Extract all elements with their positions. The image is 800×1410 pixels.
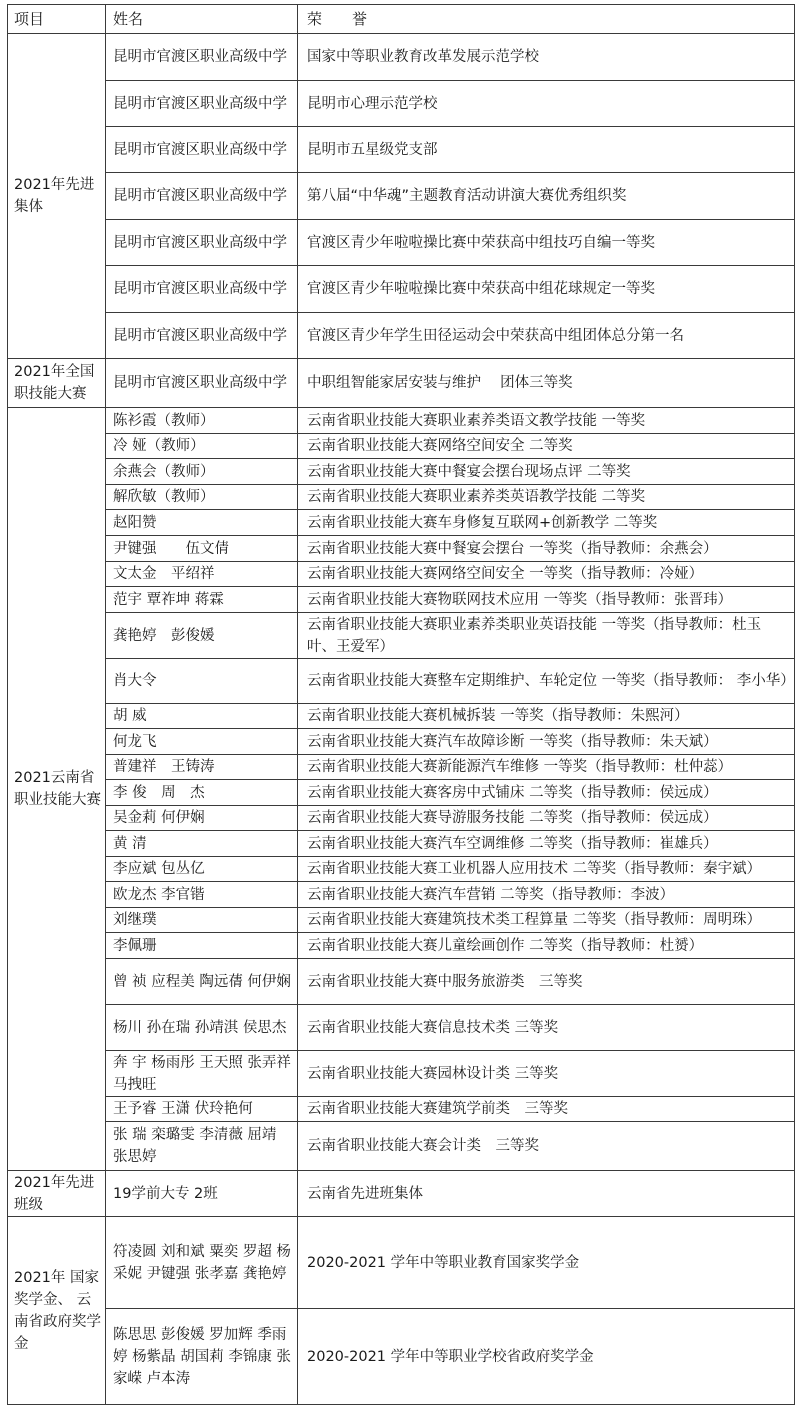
header-honor: 荣 誉 <box>298 5 795 34</box>
name-cell: 陈思思 彭俊媛 罗加辉 季雨婷 杨紫晶 胡国莉 李锦康 张家嵘 卢本涛 <box>106 1309 298 1405</box>
honor-cell: 云南省职业技能大赛机械拆装 一等奖（指导教师：朱熙河） <box>298 704 795 729</box>
name-cell: 昆明市官渡区职业高级中学 <box>106 81 298 127</box>
name-cell: 李佩珊 <box>106 933 298 959</box>
name-cell: 王予睿 王潇 伏玲艳何 <box>106 1097 298 1122</box>
name-cell: 昆明市官渡区职业高级中学 <box>106 173 298 220</box>
honor-cell: 云南省职业技能大赛汽车空调维修 二等奖（指导教师：崔雄兵） <box>298 831 795 857</box>
table-row: 李佩珊云南省职业技能大赛儿童绘画创作 二等奖（指导教师：杜赟） <box>8 933 795 959</box>
name-cell: 陈衫霞（教师） <box>106 408 298 434</box>
table-row: 刘继璞云南省职业技能大赛建筑技术类工程算量 二等奖（指导教师：周明珠） <box>8 908 795 933</box>
table-row: 普建祥 王铸涛云南省职业技能大赛新能源汽车维修 一等奖（指导教师：杜仲蕊） <box>8 755 795 780</box>
name-cell: 昆明市官渡区职业高级中学 <box>106 220 298 266</box>
honor-cell: 云南省职业技能大赛职业素养类语文教学技能 一等奖 <box>298 408 795 434</box>
honor-cell: 云南省职业技能大赛信息技术类 三等奖 <box>298 1005 795 1051</box>
name-cell: 解欣敏（教师） <box>106 485 298 510</box>
table-row: 杨川 孙在瑞 孙靖淇 侯思杰云南省职业技能大赛信息技术类 三等奖 <box>8 1005 795 1051</box>
name-cell: 符凌圆 刘和斌 粟奕 罗超 杨采妮 尹键强 张孝嘉 龚艳婷 <box>106 1217 298 1309</box>
honor-cell: 2020-2021 学年中等职业学校省政府奖学金 <box>298 1309 795 1405</box>
name-cell: 普建祥 王铸涛 <box>106 755 298 780</box>
honor-cell: 云南省职业技能大赛车身修复互联网+创新教学 二等奖 <box>298 510 795 536</box>
table-row: 冷 娅（教师）云南省职业技能大赛网络空间安全 二等奖 <box>8 434 795 459</box>
table-row: 2021年 国家奖学金、 云南省政府奖学金符凌圆 刘和斌 粟奕 罗超 杨采妮 尹… <box>8 1217 795 1309</box>
table-row: 吴金莉 何伊娴云南省职业技能大赛导游服务技能 二等奖（指导教师：侯远成） <box>8 806 795 831</box>
name-cell: 胡 威 <box>106 704 298 729</box>
name-cell: 文太金 平绍祥 <box>106 562 298 587</box>
table-row: 文太金 平绍祥云南省职业技能大赛网络空间安全 一等奖（指导教师：冷娅） <box>8 562 795 587</box>
table-row: 王予睿 王潇 伏玲艳何云南省职业技能大赛建筑学前类 三等奖 <box>8 1097 795 1122</box>
table-row: 昆明市官渡区职业高级中学官渡区青少年啦啦操比赛中荣获高中组花球规定一等奖 <box>8 266 795 313</box>
honor-cell: 云南省职业技能大赛导游服务技能 二等奖（指导教师：侯远成） <box>298 806 795 831</box>
table-row: 胡 威云南省职业技能大赛机械拆装 一等奖（指导教师：朱熙河） <box>8 704 795 729</box>
name-cell: 19学前大专 2班 <box>106 1171 298 1217</box>
honor-cell: 云南省职业技能大赛客房中式铺床 二等奖（指导教师：侯远成） <box>298 780 795 806</box>
name-cell: 冷 娅（教师） <box>106 434 298 459</box>
name-cell: 赵阳赞 <box>106 510 298 536</box>
honor-cell: 云南省职业技能大赛建筑学前类 三等奖 <box>298 1097 795 1122</box>
honor-cell: 云南省职业技能大赛网络空间安全 二等奖 <box>298 434 795 459</box>
table-row: 赵阳赞云南省职业技能大赛车身修复互联网+创新教学 二等奖 <box>8 510 795 536</box>
category-cell: 2021年 国家奖学金、 云南省政府奖学金 <box>8 1217 106 1405</box>
table-row: 黄 清云南省职业技能大赛汽车空调维修 二等奖（指导教师：崔雄兵） <box>8 831 795 857</box>
honor-cell: 云南省职业技能大赛汽车营销 二等奖（指导教师：李波） <box>298 882 795 908</box>
header-name: 姓名 <box>106 5 298 34</box>
category-cell: 2021年全国职技能大赛 <box>8 359 106 408</box>
table-row: 2021云南省职业技能大赛陈衫霞（教师）云南省职业技能大赛职业素养类语文教学技能… <box>8 408 795 434</box>
honor-cell: 昆明市五星级党支部 <box>298 127 795 173</box>
honor-cell: 第八届“中华魂”主题教育活动讲演大赛优秀组织奖 <box>298 173 795 220</box>
honor-cell: 云南省先进班集体 <box>298 1171 795 1217</box>
name-cell: 何龙飞 <box>106 729 298 755</box>
name-cell: 昆明市官渡区职业高级中学 <box>106 34 298 81</box>
name-cell: 奔 宇 杨雨彤 王天照 张弄祥马拽旺 <box>106 1051 298 1097</box>
category-cell: 2021云南省职业技能大赛 <box>8 408 106 1171</box>
table-row: 2021年全国职技能大赛昆明市官渡区职业高级中学中职组智能家居安装与维护 团体三… <box>8 359 795 408</box>
table-row: 解欣敏（教师）云南省职业技能大赛职业素养类英语教学技能 二等奖 <box>8 485 795 510</box>
table-row: 昆明市官渡区职业高级中学昆明市心理示范学校 <box>8 81 795 127</box>
honors-table-body: 项目 姓名 荣 誉 2021年先进集体昆明市官渡区职业高级中学国家中等职业教育改… <box>8 5 795 1405</box>
name-cell: 昆明市官渡区职业高级中学 <box>106 313 298 359</box>
table-row: 张 瑞 栾璐雯 李清薇 屈靖 张思婷云南省职业技能大赛会计类 三等奖 <box>8 1122 795 1171</box>
honor-cell: 云南省职业技能大赛工业机器人应用技术 二等奖（指导教师：秦宇斌） <box>298 857 795 882</box>
name-cell: 李 俊 周 杰 <box>106 780 298 806</box>
honor-cell: 国家中等职业教育改革发展示范学校 <box>298 34 795 81</box>
name-cell: 欧龙杰 李官锴 <box>106 882 298 908</box>
honor-cell: 云南省职业技能大赛中餐宴会摆台现场点评 二等奖 <box>298 459 795 485</box>
name-cell: 黄 清 <box>106 831 298 857</box>
honor-cell: 云南省职业技能大赛建筑技术类工程算量 二等奖（指导教师：周明珠） <box>298 908 795 933</box>
name-cell: 肖大令 <box>106 659 298 704</box>
table-row: 范宇 覃祚坤 蒋霖云南省职业技能大赛物联网技术应用 一等奖（指导教师：张晋玮） <box>8 587 795 613</box>
table-row: 欧龙杰 李官锴云南省职业技能大赛汽车营销 二等奖（指导教师：李波） <box>8 882 795 908</box>
honor-cell: 中职组智能家居安装与维护 团体三等奖 <box>298 359 795 408</box>
header-category: 项目 <box>8 5 106 34</box>
table-row: 余燕会（教师）云南省职业技能大赛中餐宴会摆台现场点评 二等奖 <box>8 459 795 485</box>
name-cell: 刘继璞 <box>106 908 298 933</box>
category-cell: 2021年先进集体 <box>8 34 106 359</box>
honor-cell: 云南省职业技能大赛新能源汽车维修 一等奖（指导教师：杜仲蕊） <box>298 755 795 780</box>
name-cell: 曾 祯 应程美 陶远蒨 何伊娴 <box>106 959 298 1005</box>
table-row: 曾 祯 应程美 陶远蒨 何伊娴云南省职业技能大赛中服务旅游类 三等奖 <box>8 959 795 1005</box>
table-row: 何龙飞云南省职业技能大赛汽车故障诊断 一等奖（指导教师：朱天斌） <box>8 729 795 755</box>
honor-cell: 官渡区青少年学生田径运动会中荣获高中组团体总分第一名 <box>298 313 795 359</box>
name-cell: 杨川 孙在瑞 孙靖淇 侯思杰 <box>106 1005 298 1051</box>
name-cell: 昆明市官渡区职业高级中学 <box>106 266 298 313</box>
honor-cell: 云南省职业技能大赛中服务旅游类 三等奖 <box>298 959 795 1005</box>
table-row: 昆明市官渡区职业高级中学官渡区青少年学生田径运动会中荣获高中组团体总分第一名 <box>8 313 795 359</box>
name-cell: 龚艳婷 彭俊媛 <box>106 613 298 659</box>
honor-cell: 2020-2021 学年中等职业教育国家奖学金 <box>298 1217 795 1309</box>
table-row: 肖大令云南省职业技能大赛整车定期维护、车轮定位 一等奖（指导教师： 李小华） <box>8 659 795 704</box>
honor-cell: 云南省职业技能大赛物联网技术应用 一等奖（指导教师：张晋玮） <box>298 587 795 613</box>
category-cell: 2021年先进班级 <box>8 1171 106 1217</box>
table-row: 昆明市官渡区职业高级中学第八届“中华魂”主题教育活动讲演大赛优秀组织奖 <box>8 173 795 220</box>
table-row: 昆明市官渡区职业高级中学官渡区青少年啦啦操比赛中荣获高中组技巧自编一等奖 <box>8 220 795 266</box>
honor-cell: 云南省职业技能大赛整车定期维护、车轮定位 一等奖（指导教师： 李小华） <box>298 659 795 704</box>
name-cell: 李应斌 包丛亿 <box>106 857 298 882</box>
table-row: 奔 宇 杨雨彤 王天照 张弄祥马拽旺云南省职业技能大赛园林设计类 三等奖 <box>8 1051 795 1097</box>
table-row: 2021年先进班级19学前大专 2班云南省先进班集体 <box>8 1171 795 1217</box>
honor-cell: 云南省职业技能大赛职业素养类职业英语技能 一等奖（指导教师：杜玉叶、王爱军） <box>298 613 795 659</box>
table-row: 2021年先进集体昆明市官渡区职业高级中学国家中等职业教育改革发展示范学校 <box>8 34 795 81</box>
table-row: 昆明市官渡区职业高级中学昆明市五星级党支部 <box>8 127 795 173</box>
header-row: 项目 姓名 荣 誉 <box>8 5 795 34</box>
honor-cell: 云南省职业技能大赛儿童绘画创作 二等奖（指导教师：杜赟） <box>298 933 795 959</box>
honor-cell: 云南省职业技能大赛汽车故障诊断 一等奖（指导教师：朱天斌） <box>298 729 795 755</box>
honor-cell: 云南省职业技能大赛中餐宴会摆台 一等奖（指导教师：余燕会） <box>298 536 795 562</box>
name-cell: 尹键强 伍文倩 <box>106 536 298 562</box>
name-cell: 昆明市官渡区职业高级中学 <box>106 127 298 173</box>
table-row: 尹键强 伍文倩云南省职业技能大赛中餐宴会摆台 一等奖（指导教师：余燕会） <box>8 536 795 562</box>
table-row: 龚艳婷 彭俊媛云南省职业技能大赛职业素养类职业英语技能 一等奖（指导教师：杜玉叶… <box>8 613 795 659</box>
honor-cell: 云南省职业技能大赛园林设计类 三等奖 <box>298 1051 795 1097</box>
table-row: 陈思思 彭俊媛 罗加辉 季雨婷 杨紫晶 胡国莉 李锦康 张家嵘 卢本涛2020-… <box>8 1309 795 1405</box>
table-row: 李 俊 周 杰云南省职业技能大赛客房中式铺床 二等奖（指导教师：侯远成） <box>8 780 795 806</box>
name-cell: 余燕会（教师） <box>106 459 298 485</box>
honor-cell: 官渡区青少年啦啦操比赛中荣获高中组技巧自编一等奖 <box>298 220 795 266</box>
name-cell: 吴金莉 何伊娴 <box>106 806 298 831</box>
name-cell: 范宇 覃祚坤 蒋霖 <box>106 587 298 613</box>
table-row: 李应斌 包丛亿云南省职业技能大赛工业机器人应用技术 二等奖（指导教师：秦宇斌） <box>8 857 795 882</box>
name-cell: 昆明市官渡区职业高级中学 <box>106 359 298 408</box>
honor-cell: 官渡区青少年啦啦操比赛中荣获高中组花球规定一等奖 <box>298 266 795 313</box>
honor-cell: 云南省职业技能大赛网络空间安全 一等奖（指导教师：冷娅） <box>298 562 795 587</box>
honor-cell: 昆明市心理示范学校 <box>298 81 795 127</box>
honor-cell: 云南省职业技能大赛职业素养类英语教学技能 二等奖 <box>298 485 795 510</box>
honors-table: 项目 姓名 荣 誉 2021年先进集体昆明市官渡区职业高级中学国家中等职业教育改… <box>7 4 795 1405</box>
honor-cell: 云南省职业技能大赛会计类 三等奖 <box>298 1122 795 1171</box>
name-cell: 张 瑞 栾璐雯 李清薇 屈靖 张思婷 <box>106 1122 298 1171</box>
